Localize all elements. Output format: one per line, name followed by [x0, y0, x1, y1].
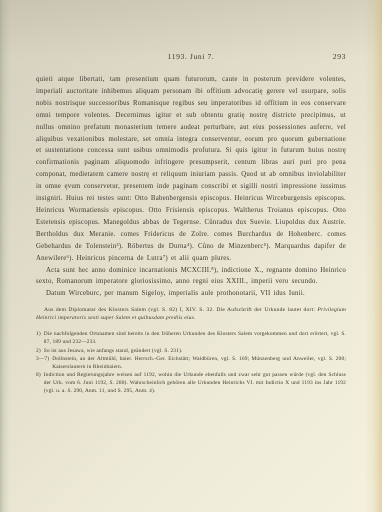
footnote-item: 8) Indiction und Regierungsjahre weisen …	[36, 372, 346, 395]
charter-text-paragraph: quieti atque libertati, tam presentium q…	[36, 74, 346, 265]
source-note: Aus dem Diplomatar des Klosters Salem (v…	[36, 307, 346, 322]
datum-paragraph: Datum Wirceburc, per manum Sigeloy, impe…	[36, 288, 346, 300]
charter-body: quieti atque libertati, tam presentium q…	[36, 74, 346, 300]
footnote-text: Die nachfolgenden Ortsnamen sind bereits…	[44, 331, 346, 346]
header-date: 1193. Juni 7.	[36, 52, 346, 61]
footnote-text: So ist aus Jesawa, wie anfangs stand, ge…	[44, 348, 346, 356]
footnote-item: 1) Die nachfolgenden Ortsnamen sind bere…	[36, 331, 346, 346]
footnote-item: 3—7) Dollnstein, an der Altmühl, baier. …	[36, 356, 346, 371]
page-number: 293	[333, 52, 346, 61]
page-header: 1193. Juni 7. 293	[36, 52, 346, 62]
footnote-text: Dollnstein, an der Altmühl, baier. Herrs…	[52, 356, 346, 371]
footnote-item: 2) So ist aus Jesawa, wie anfangs stand,…	[36, 348, 346, 356]
footnotes-section: 1) Die nachfolgenden Ortsnamen sind bere…	[36, 331, 346, 395]
footnote-marker: 1)	[36, 331, 44, 346]
footnote-marker: 2)	[36, 348, 44, 356]
page-content: 1193. Juni 7. 293 quieti atque libertati…	[36, 52, 346, 396]
source-note-text: Aus dem Diplomatar des Klosters Salem (v…	[44, 307, 317, 313]
scanned-book-page: 1193. Juni 7. 293 quieti atque libertati…	[0, 0, 382, 512]
footnote-marker: 8)	[36, 372, 44, 395]
acta-paragraph: Acta sunt hec anno dominice incarnationi…	[36, 265, 346, 289]
footnote-text: Indiction und Regierungsjahre weisen auf…	[44, 372, 346, 395]
footnote-marker: 3—7)	[36, 356, 52, 371]
